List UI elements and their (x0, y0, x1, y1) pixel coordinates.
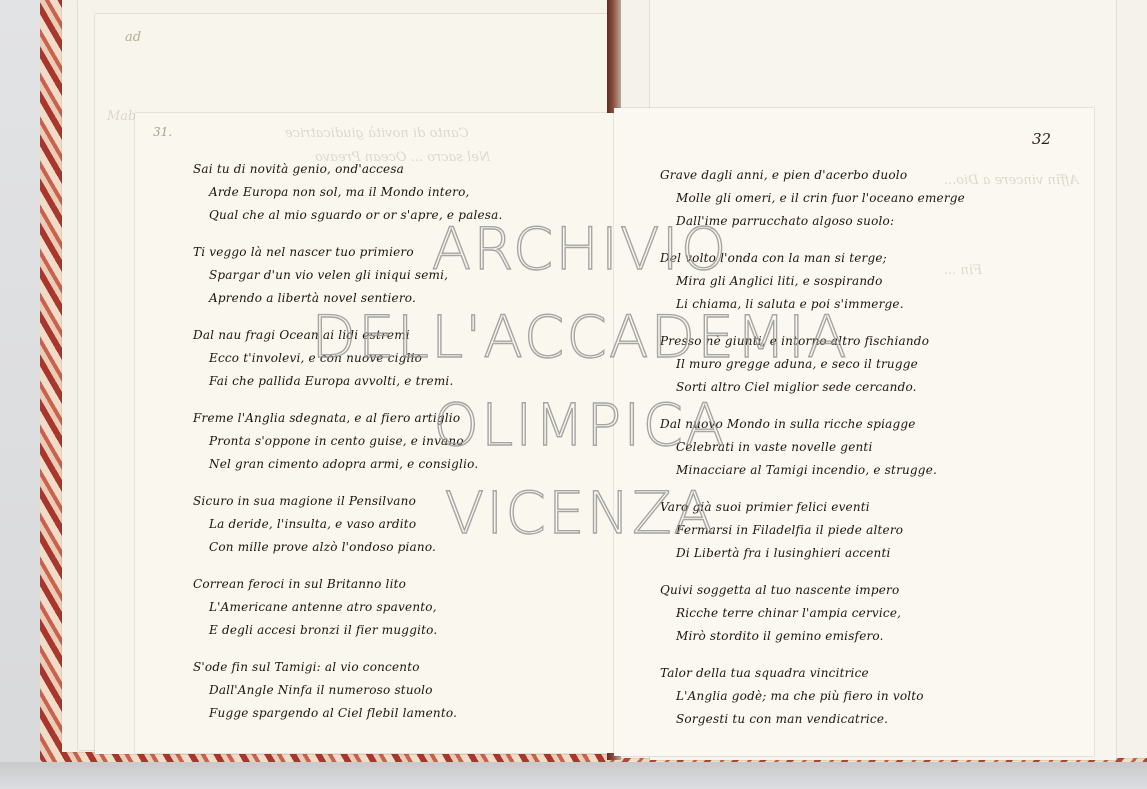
verse-line: Aprendo a libertà novel sentiero. (193, 287, 503, 310)
stanza: S'ode fin sul Tamigi: al vio concento Da… (193, 656, 503, 725)
verse-line: Nel gran cimento adopra armi, e consigli… (193, 453, 503, 476)
verse-line: Dall'ime parrucchato algoso suolo: (660, 210, 965, 233)
stanza: Talor della tua squadra vincitrice L'Ang… (660, 662, 965, 731)
verse-line: Arde Europa non sol, ma il Mondo intero, (193, 181, 503, 204)
stanza: Sicuro in sua magione il Pensilvano La d… (193, 490, 503, 559)
verse-line: Fugge spargendo al Ciel flebil lamento. (193, 702, 503, 725)
folio-number: 31. (153, 125, 172, 139)
verse-line: Quivi soggetta al tuo nascente impero (660, 579, 965, 602)
stanza: Freme l'Anglia sdegnata, e al fiero arti… (193, 407, 503, 476)
poem-left: Sai tu di novità genio, ond'accesa Arde … (193, 158, 503, 739)
verse-line: Il muro gregge aduna, e seco il trugge (660, 353, 965, 376)
verse-line: Pronta s'oppone in cento guise, e invano (193, 430, 503, 453)
stanza: Sai tu di novità genio, ond'accesa Arde … (193, 158, 503, 227)
verse-line: Minacciare al Tamigi incendio, e strugge… (660, 459, 965, 482)
verse-line: Fermarsi in Filadelfia il piede altero (660, 519, 965, 542)
show-through-text: Canto di novità giudicatrice (285, 121, 469, 147)
verse-line: Molle gli omeri, e il crin fuor l'oceano… (660, 187, 965, 210)
verse-line: Dall'Angle Ninfa il numeroso stuolo (193, 679, 503, 702)
verse-line: La deride, l'insulta, e vaso ardito (193, 513, 503, 536)
verse-line: S'ode fin sul Tamigi: al vio concento (193, 656, 503, 679)
folio-number: 32 (1032, 130, 1051, 148)
stanza: Del volto l'onda con la man si terge; Mi… (660, 247, 965, 316)
verse-line: Ricche terre chinar l'ampia cervice, (660, 602, 965, 625)
verse-line: Sorgesti tu con man vendicatrice. (660, 708, 965, 731)
stanza: Dal nau fragi Ocean ai lidi estremi Ecco… (193, 324, 503, 393)
stanza: Varo già suoi primier felici eventi Ferm… (660, 496, 965, 565)
verse-line: E degli accesi bronzi il fier muggito. (193, 619, 503, 642)
verse-line: L'Americane antenne atro spavento, (193, 596, 503, 619)
verse-line: Varo già suoi primier felici eventi (660, 496, 965, 519)
verse-line: Mirò stordito il gemino emisfero. (660, 625, 965, 648)
verse-line: Presso nè giunti, e intorno altro fischi… (660, 330, 965, 353)
stanza: Dal nuovo Mondo in sulla ricche spiagge … (660, 413, 965, 482)
verse-line: Di Libertà fra i lusinghieri accenti (660, 542, 965, 565)
verse-line: Con mille prove alzò l'ondoso piano. (193, 536, 503, 559)
verse-line: Grave dagli anni, e pien d'acerbo duolo (660, 164, 965, 187)
stanza: Ti veggo là nel nascer tuo primiero Spar… (193, 241, 503, 310)
verse-line: Freme l'Anglia sdegnata, e al fiero arti… (193, 407, 503, 430)
verse-line: Dal nuovo Mondo in sulla ricche spiagge (660, 413, 965, 436)
stanza: Presso nè giunti, e intorno altro fischi… (660, 330, 965, 399)
verse-line: Spargar d'un vio velen gli iniqui semi, (193, 264, 503, 287)
folio-mark: ad (125, 30, 141, 45)
verse-line: Sorti altro Ciel miglior sede cercando. (660, 376, 965, 399)
verse-line: Talor della tua squadra vincitrice (660, 662, 965, 685)
verse-line: Ti veggo là nel nascer tuo primiero (193, 241, 503, 264)
verse-line: L'Anglia godè; ma che più fiero in volto (660, 685, 965, 708)
verse-line: Qual che al mio sguardo or or s'apre, e … (193, 204, 503, 227)
verse-line: Sicuro in sua magione il Pensilvano (193, 490, 503, 513)
stanza: Grave dagli anni, e pien d'acerbo duolo … (660, 164, 965, 233)
verse-line: Celebrati in vaste novelle genti (660, 436, 965, 459)
verse-line: Dal nau fragi Ocean ai lidi estremi (193, 324, 503, 347)
verse-line: Del volto l'onda con la man si terge; (660, 247, 965, 270)
verse-line: Fai che pallida Europa avvolti, e tremi. (193, 370, 503, 393)
verse-line: Ecco t'involevi, e con nuove ciglio (193, 347, 503, 370)
scanner-bed (0, 762, 1147, 789)
stanza: Quivi soggetta al tuo nascente impero Ri… (660, 579, 965, 648)
verse-line: Li chiama, li saluta e poi s'immerge. (660, 293, 965, 316)
stanza: Correan feroci in sul Britanno lito L'Am… (193, 573, 503, 642)
right-manuscript-page: 32 Affin vincere a Dio... Fin ... Grave … (614, 108, 1094, 756)
poem-right: Grave dagli anni, e pien d'acerbo duolo … (660, 164, 965, 745)
left-manuscript-page: 31. Canto di novità giudicatrice Nel sac… (135, 113, 615, 753)
verse-line: Sai tu di novità genio, ond'accesa (193, 158, 503, 181)
verse-line: Correan feroci in sul Britanno lito (193, 573, 503, 596)
verse-line: Mira gli Anglici liti, e sospirando (660, 270, 965, 293)
